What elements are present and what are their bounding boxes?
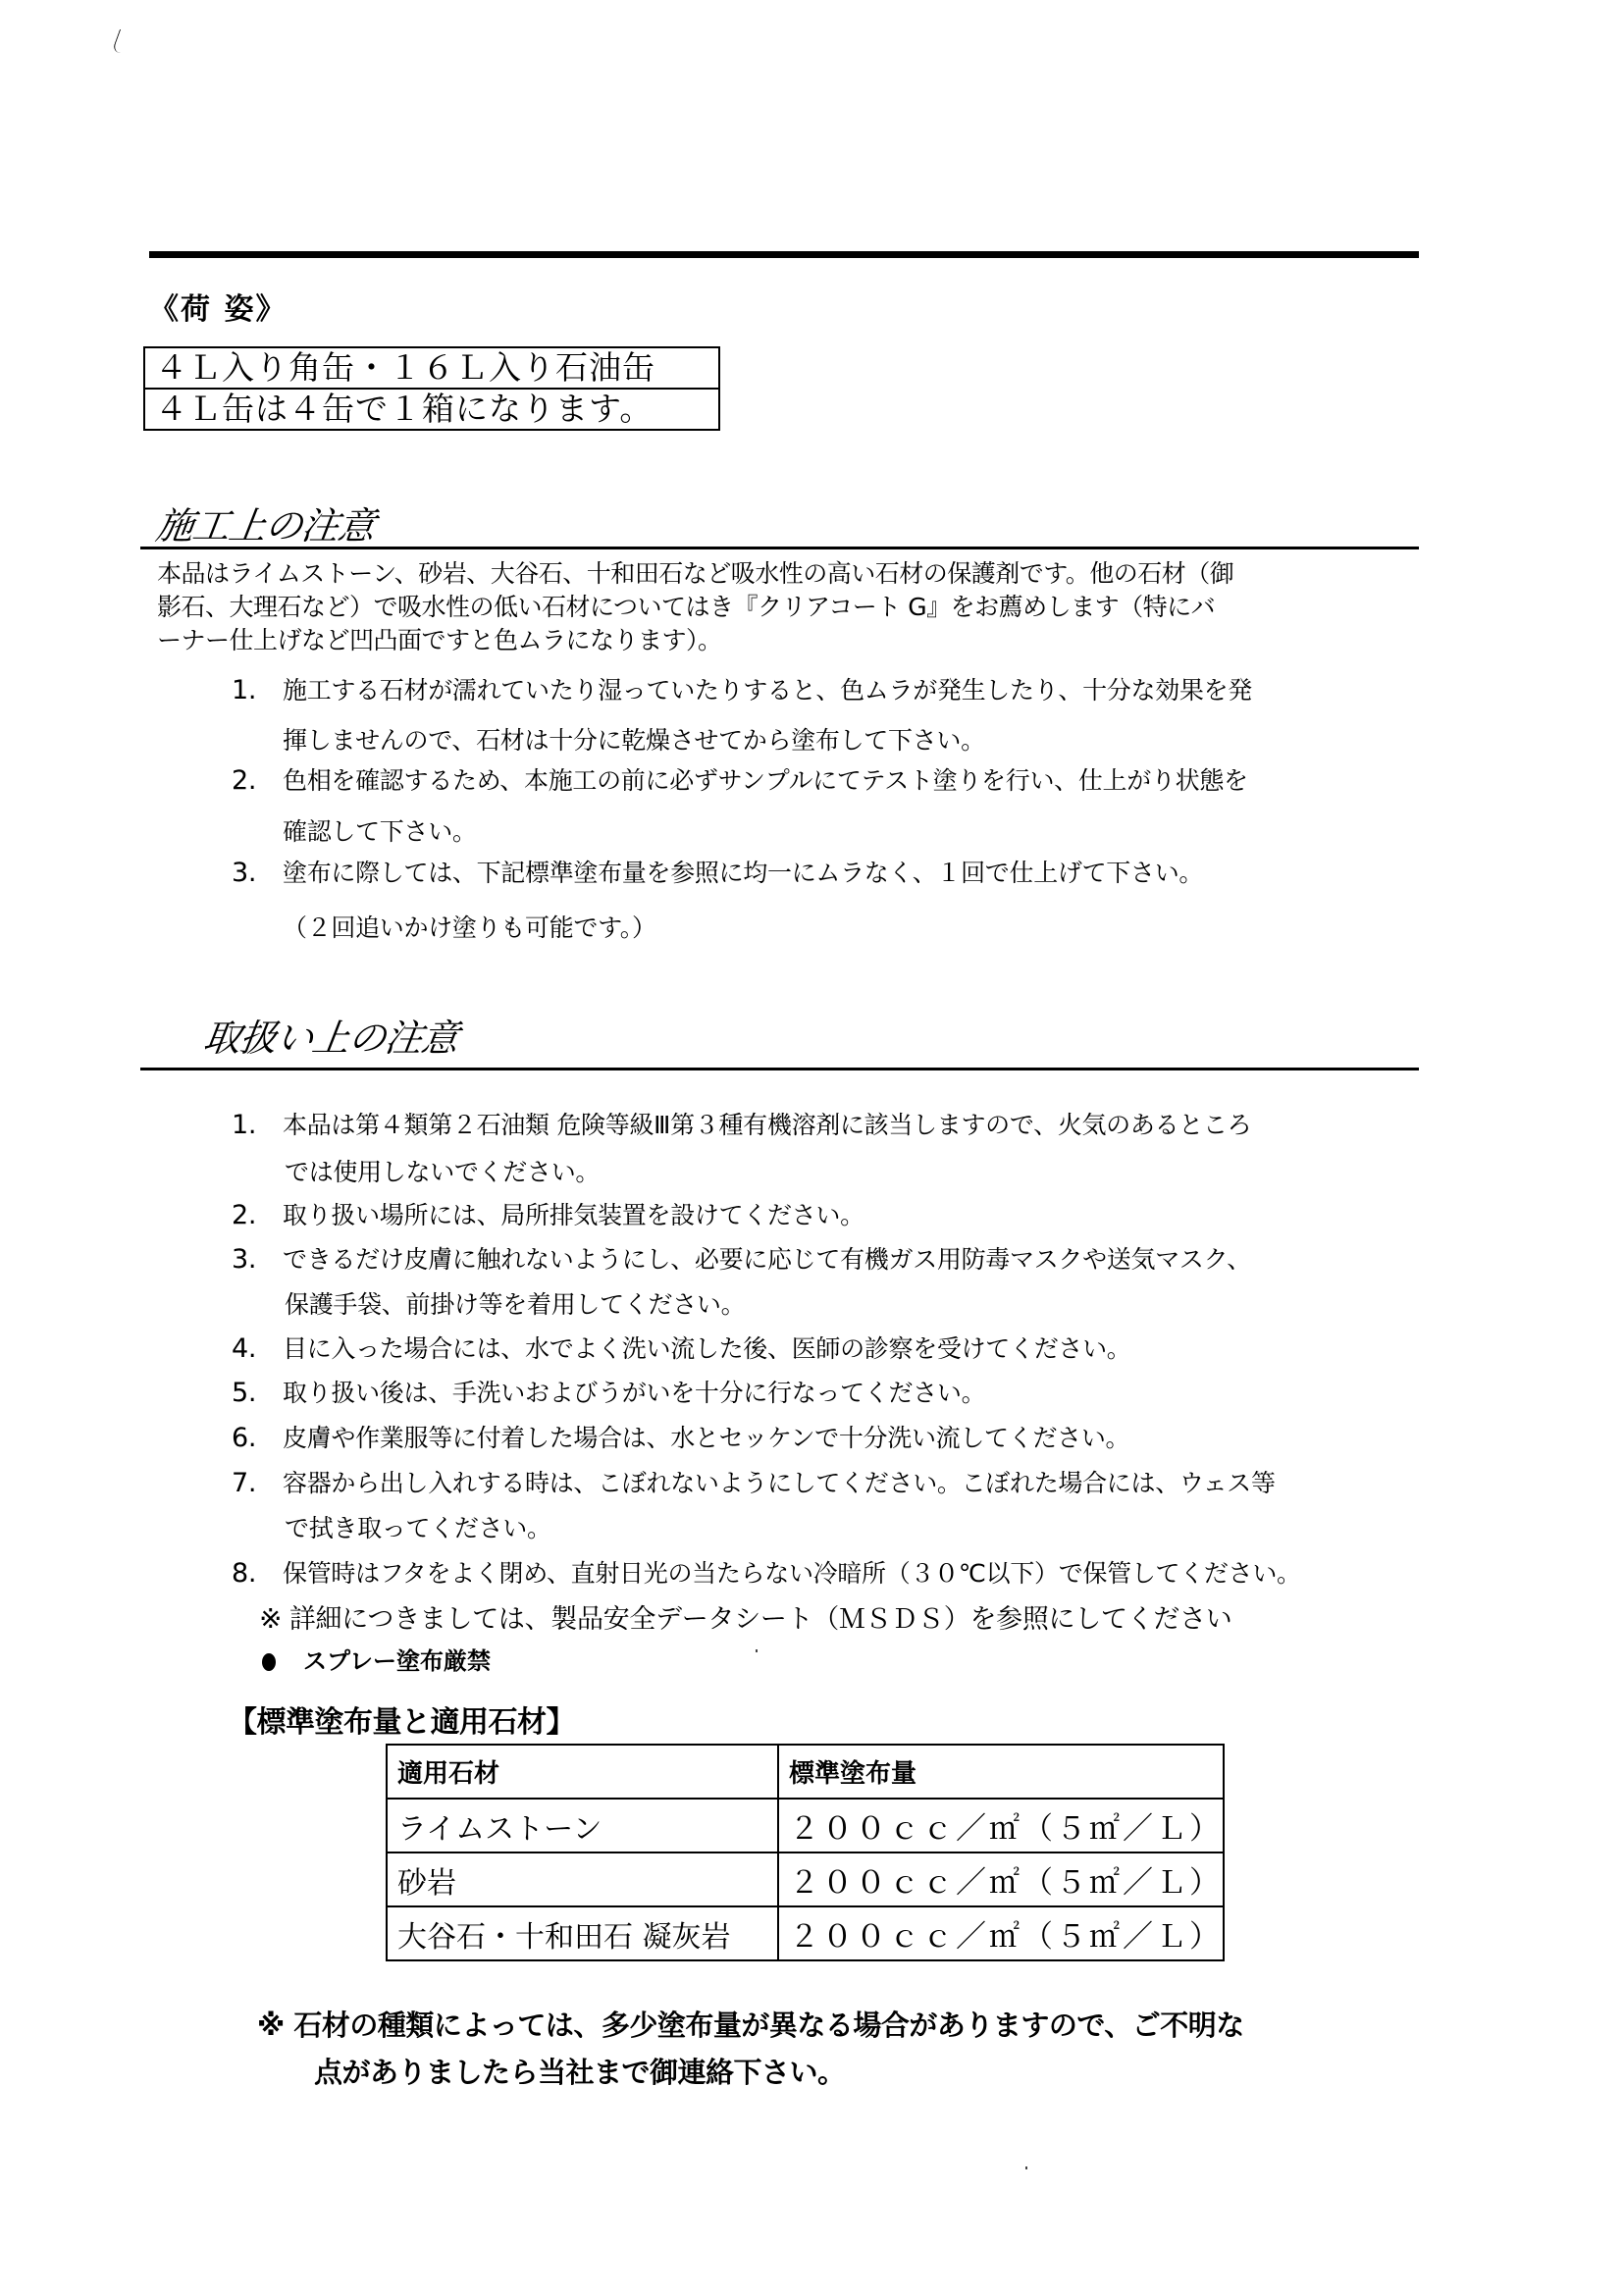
application-item-1: 1.施工する石材が濡れていたり湿っていたりすると、色ムラが発生したり、十分な効果…	[232, 671, 1252, 706]
reference-mark: ※	[259, 1602, 282, 1635]
item-number: 3.	[232, 1244, 283, 1275]
item-number: 5.	[232, 1378, 283, 1408]
item-number: 4.	[232, 1333, 283, 1364]
packaging-box: ４Ｌ入り角缶・１６Ｌ入り石油缶 ４Ｌ缶は４缶で１箱になります。	[143, 346, 720, 431]
item-text: 容器から出し入れする時は、こぼれないようにしてください。こぼれた場合には、ウェス…	[283, 1469, 1276, 1497]
coverage-cell: ２００ｃｃ／㎡（５㎡／Ｌ）	[778, 1799, 1224, 1852]
item-number: 8.	[232, 1558, 283, 1589]
spray-warning: スプレー塗布厳禁	[262, 1642, 491, 1676]
handling-item-1-cont: では使用しないでください。	[285, 1153, 600, 1188]
handling-item-6: 6.皮膚や作業服等に付着した場合は、水とセッケンで十分洗い流してください。	[232, 1419, 1129, 1454]
item-number: 1.	[232, 675, 283, 705]
stone-cell: 砂岩	[387, 1852, 778, 1906]
item-number: 2.	[232, 765, 283, 796]
stone-cell: 大谷石・十和田石 凝灰岩	[387, 1906, 778, 1960]
coverage-cell: ２００ｃｃ／㎡（５㎡／Ｌ）	[778, 1852, 1224, 1906]
footer-note-line-2: 点がありましたら当社まで御連絡下さい。	[314, 2051, 846, 2091]
standard-coverage-title: 【標準塗布量と適用石材】	[228, 1697, 575, 1741]
item-number: 2.	[232, 1200, 283, 1230]
item-text: 保管時はフタをよく閉め、直射日光の当たらない冷暗所（３０℃以下）で保管してくださ…	[283, 1559, 1301, 1588]
item-text: 取り扱い場所には、局所排気装置を設けてください。	[283, 1201, 864, 1229]
item-text: 施工する石材が濡れていたり湿っていたりすると、色ムラが発生したり、十分な効果を発	[283, 676, 1252, 704]
header-coverage: 標準塗布量	[778, 1745, 1224, 1799]
table-row: ライムストーン ２００ｃｃ／㎡（５㎡／Ｌ）	[387, 1799, 1224, 1852]
item-text: 皮膚や作業服等に付着した場合は、水とセッケンで十分洗い流してください。	[283, 1424, 1129, 1452]
item-text: 色相を確認するため、本施工の前に必ずサンプルにてテスト塗りを行い、仕上がり状態を	[283, 766, 1248, 795]
packaging-title: 《荷 姿》	[149, 285, 287, 328]
top-divider	[149, 251, 1419, 258]
application-item-2: 2.色相を確認するため、本施工の前に必ずサンプルにてテスト塗りを行い、仕上がり状…	[232, 761, 1248, 797]
handling-precautions-title: 取扱い上の注意	[200, 1008, 462, 1062]
handling-item-2: 2.取り扱い場所には、局所排気装置を設けてください。	[232, 1196, 864, 1231]
handling-item-1: 1.本品は第４類第２石油類 危険等級Ⅲ第３種有機溶剤に該当しますので、火気のある…	[232, 1106, 1251, 1141]
handling-item-3-cont: 保護手袋、前掛け等を着用してください。	[285, 1285, 745, 1321]
section-divider	[140, 547, 1419, 549]
item-text: 本品は第４類第２石油類 危険等級Ⅲ第３種有機溶剤に該当しますので、火気のあるとこ…	[283, 1111, 1251, 1139]
handling-item-7-cont: で拭き取ってください。	[285, 1509, 551, 1544]
item-text: 塗布に際しては、下記標準塗布量を参照に均一にムラなく、１回で仕上げて下さい。	[283, 859, 1203, 887]
spray-warning-text: スプレー塗布厳禁	[303, 1647, 491, 1675]
scan-speck	[756, 1649, 758, 1652]
section-divider	[140, 1068, 1419, 1070]
scan-speck	[1025, 2166, 1027, 2169]
handling-item-5: 5.取り扱い後は、手洗いおよびうがいを十分に行なってください。	[232, 1374, 985, 1409]
application-item-2-cont: 確認して下さい。	[283, 812, 477, 848]
table-header-row: 適用石材 標準塗布量	[387, 1745, 1224, 1799]
intro-line: 本品はライムストーン、砂岩、大谷石、十和田石など吸水性の高い石材の保護剤です。他…	[157, 557, 1233, 591]
application-item-3-cont: （２回追いかけ塗りも可能です。）	[283, 909, 656, 944]
msds-note-text: 詳細につきましては、製品安全データシート（ＭＳＤＳ）を参照にしてください	[289, 1604, 1232, 1635]
application-intro: 本品はライムストーン、砂岩、大谷石、十和田石など吸水性の高い石材の保護剤です。他…	[157, 557, 1233, 657]
packaging-row: ４Ｌ入り角缶・１６Ｌ入り石油缶	[145, 348, 718, 388]
table-row: 大谷石・十和田石 凝灰岩 ２００ｃｃ／㎡（５㎡／Ｌ）	[387, 1906, 1224, 1960]
footer-note-line-1: ※ 石材の種類によっては、多少塗布量が異なる場合がありますので、ご不明な	[257, 2004, 1244, 2044]
coverage-table: 適用石材 標準塗布量 ライムストーン ２００ｃｃ／㎡（５㎡／Ｌ） 砂岩 ２００ｃ…	[386, 1744, 1225, 1961]
stone-cell: ライムストーン	[387, 1799, 778, 1852]
item-text: できるだけ皮膚に触れないようにし、必要に応じて有機ガス用防毒マスクや送気マスク、	[283, 1245, 1251, 1274]
scan-mark	[111, 29, 131, 53]
item-number: 6.	[232, 1423, 283, 1453]
item-text: 取り扱い後は、手洗いおよびうがいを十分に行なってください。	[283, 1379, 985, 1407]
footer-note-text: 石材の種類によっては、多少塗布量が異なる場合がありますので、ご不明な	[293, 2009, 1243, 2042]
application-item-3: 3.塗布に際しては、下記標準塗布量を参照に均一にムラなく、１回で仕上げて下さい。	[232, 854, 1203, 889]
coverage-cell: ２００ｃｃ／㎡（５㎡／Ｌ）	[778, 1906, 1224, 1960]
intro-line: 影石、大理石など）で吸水性の低い石材についてはき『クリアコート G』をお薦めしま…	[157, 591, 1233, 624]
reference-mark: ※	[257, 2009, 285, 2042]
msds-note: ※ 詳細につきましては、製品安全データシート（ＭＳＤＳ）を参照にしてください	[259, 1597, 1232, 1636]
application-precautions-title: 施工上の注意	[153, 496, 379, 549]
application-item-1-cont: 揮しませんので、石材は十分に乾燥させてから塗布して下さい。	[283, 721, 985, 757]
item-number: 7.	[232, 1468, 283, 1498]
header-stone: 適用石材	[387, 1745, 778, 1799]
item-number: 1.	[232, 1110, 283, 1140]
table-row: 砂岩 ２００ｃｃ／㎡（５㎡／Ｌ）	[387, 1852, 1224, 1906]
intro-line: ーナー仕上げなど凹凸面ですと色ムラになります）。	[157, 624, 1233, 657]
bullet-icon	[262, 1653, 276, 1671]
handling-item-8: 8.保管時はフタをよく閉め、直射日光の当たらない冷暗所（３０℃以下）で保管してく…	[232, 1554, 1301, 1590]
item-text: 目に入った場合には、水でよく洗い流した後、医師の診察を受けてください。	[283, 1334, 1131, 1363]
packaging-row: ４Ｌ缶は４缶で１箱になります。	[145, 388, 718, 429]
handling-item-7: 7.容器から出し入れする時は、こぼれないようにしてください。こぼれた場合には、ウ…	[232, 1464, 1276, 1499]
handling-item-4: 4.目に入った場合には、水でよく洗い流した後、医師の診察を受けてください。	[232, 1330, 1131, 1365]
handling-item-3: 3.できるだけ皮膚に触れないようにし、必要に応じて有機ガス用防毒マスクや送気マス…	[232, 1240, 1251, 1276]
item-number: 3.	[232, 858, 283, 888]
